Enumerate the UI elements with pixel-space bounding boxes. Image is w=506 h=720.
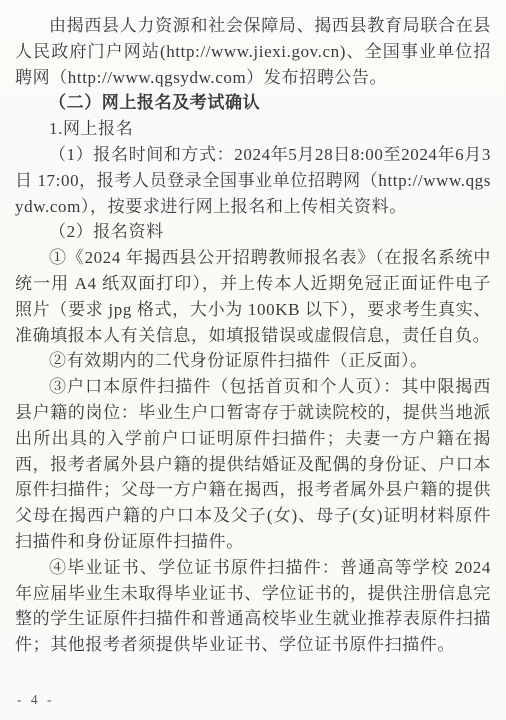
document-page: 由揭西县人力资源和社会保障局、揭西县教育局联合在县人民政府门户网站(http:/… [0,0,506,720]
item-registration-time-method: （1）报名时间和方式：2024年5月28日8:00至2024年6月3日 17:0… [15,142,491,219]
page-number: - 4 - [17,692,55,708]
material-diploma-degree: ④毕业证书、学位证书原件扫描件：普通高等学校 2024 年应届毕业生未取得毕业证… [15,555,491,658]
subsection-online-registration: 1.网上报名 [15,116,491,142]
paragraph-announcement-publication: 由揭西县人力资源和社会保障局、揭西县教育局联合在县人民政府门户网站(http:/… [15,13,491,90]
material-application-form: ①《2024 年揭西县公开招聘教师报名表》（在报名系统中统一用 A4 纸双面打印… [15,245,491,348]
material-id-card: ②有效期内的二代身份证原件扫描件（正反面）。 [15,348,491,374]
item-registration-materials: （2）报名资料 [15,219,491,245]
material-household-register: ③户口本原件扫描件（包括首页和个人页）：其中限揭西县户籍的岗位：毕业生户口暂寄存… [15,374,491,555]
section-heading-online-registration: （二）网上报名及考试确认 [15,90,491,116]
